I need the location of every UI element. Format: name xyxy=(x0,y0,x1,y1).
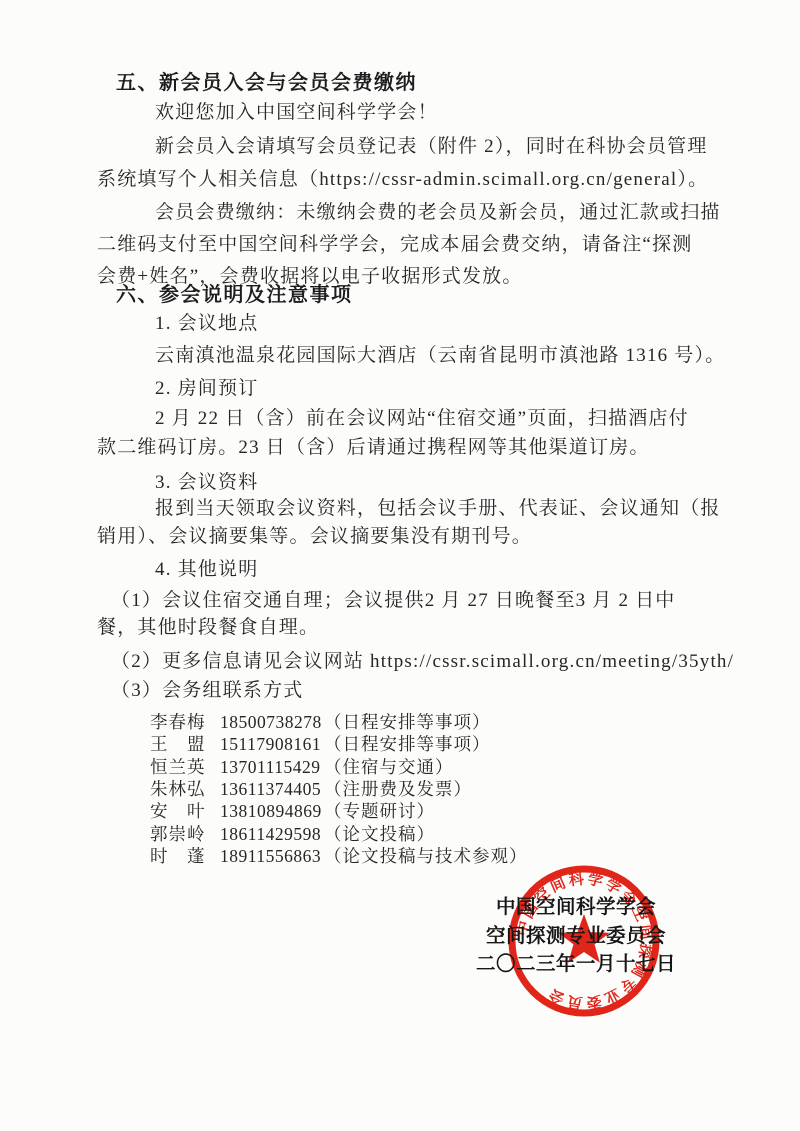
contact-name: 郭崇岭 xyxy=(150,823,220,845)
item1-title: 1. 会议地点 xyxy=(155,313,258,335)
contact-name: 朱林弘 xyxy=(150,778,220,800)
paragraph-line: 款二维码订房。23 日（含）后请通过携程网等其他渠道订房。 xyxy=(97,437,650,459)
contact-note: （注册费及发票） xyxy=(324,779,472,799)
paragraph-line: 系统填写个人相关信息（https://cssr-admin.scimall.or… xyxy=(97,169,708,191)
contact-row: 时 蓬18911556863（论文投稿与技术参观） xyxy=(150,845,528,867)
item3-title: 3. 会议资料 xyxy=(155,472,258,494)
signature-date: 二〇二三年一月十七日 xyxy=(450,951,702,980)
paragraph-line: （1）会议住宿交通自理；会议提供2 月 27 日晚餐至3 月 2 日中 xyxy=(111,590,676,612)
contact-name: 李春梅 xyxy=(150,711,220,733)
contact-phone: 13611374405 xyxy=(220,778,324,800)
section6-heading: 六、参会说明及注意事项 xyxy=(116,283,353,305)
signature-org-line1: 中国空间科学学会 xyxy=(450,894,702,923)
section5-heading: 五、新会员入会与会员会费缴纳 xyxy=(116,71,417,93)
paragraph-line: 会员会费缴纳：未缴纳会费的老会员及新会员，通过汇款或扫描 xyxy=(155,202,721,224)
contact-row: 恒兰英13701115429（住宿与交通） xyxy=(150,756,454,778)
item2-title: 2. 房间预订 xyxy=(155,378,258,400)
signature-block: 中国空间科学学会 空间探测专业委员会 二〇二三年一月十七日 xyxy=(450,894,702,980)
item4-title: 4. 其他说明 xyxy=(155,559,258,581)
paragraph-line: 报到当天领取会议资料，包括会议手册、代表证、会议通知（报 xyxy=(155,498,721,520)
contact-row: 郭崇岭18611429598（论文投稿） xyxy=(150,823,435,845)
paragraph-line: 销用）、会议摘要集等。会议摘要集没有期刊号。 xyxy=(97,526,532,548)
contact-note: （论文投稿） xyxy=(324,824,435,844)
paragraph-line: 欢迎您加入中国空间科学学会！ xyxy=(155,102,438,124)
contact-name: 恒兰英 xyxy=(150,756,220,778)
contact-note: （日程安排等事项） xyxy=(324,712,491,732)
contact-row: 安 叶13810894869（专题研讨） xyxy=(150,800,435,822)
paragraph-line: 2 月 22 日（含）前在会议网站“住宿交通”页面，扫描酒店付 xyxy=(155,408,689,430)
paragraph-line: 云南滇池温泉花园国际大酒店（云南省昆明市滇池路 1316 号）。 xyxy=(155,345,725,367)
document-page: 五、新会员入会与会员会费缴纳 欢迎您加入中国空间科学学会！ 新会员入会请填写会员… xyxy=(0,0,800,1131)
contact-phone: 13701115429 xyxy=(220,756,324,778)
contact-phone: 18911556863 xyxy=(220,845,324,867)
contact-row: 王 盟15117908161（日程安排等事项） xyxy=(150,733,491,755)
paragraph-line: （3）会务组联系方式 xyxy=(111,680,304,702)
contact-name: 王 盟 xyxy=(150,733,220,755)
paragraph-line: 二维码支付至中国空间科学学会，完成本届会费交纳，请备注“探测 xyxy=(97,234,692,256)
contact-phone: 15117908161 xyxy=(220,733,324,755)
paragraph-line: 餐，其他时段餐食自理。 xyxy=(97,617,319,639)
contact-name: 时 蓬 xyxy=(150,845,220,867)
contact-note: （住宿与交通） xyxy=(324,757,454,777)
contact-note: （日程安排等事项） xyxy=(324,734,491,754)
contact-phone: 18500738278 xyxy=(220,711,324,733)
contact-note: （专题研讨） xyxy=(324,801,435,821)
signature-org-line2: 空间探测专业委员会 xyxy=(450,923,702,952)
contact-phone: 13810894869 xyxy=(220,800,324,822)
contact-phone: 18611429598 xyxy=(220,823,324,845)
contact-row: 李春梅18500738278（日程安排等事项） xyxy=(150,711,491,733)
paragraph-line: 新会员入会请填写会员登记表（附件 2），同时在科协会员管理 xyxy=(155,136,708,158)
paragraph-line: （2）更多信息请见会议网站 https://cssr.scimall.org.c… xyxy=(111,651,734,673)
contact-row: 朱林弘13611374405（注册费及发票） xyxy=(150,778,472,800)
contact-name: 安 叶 xyxy=(150,800,220,822)
